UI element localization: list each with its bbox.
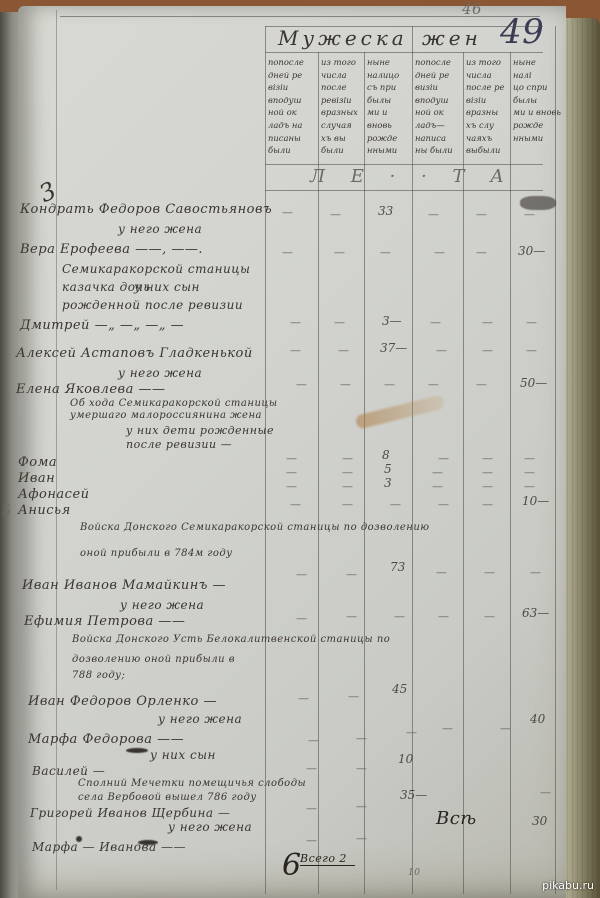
cell-value: — (356, 762, 366, 775)
cell-value: — (436, 566, 446, 579)
entry-note: у него жена (168, 820, 252, 834)
entry-note: Войска Донского Усть Белокалитвенской ст… (72, 634, 390, 645)
cell-value: 50— (520, 376, 547, 390)
entry-name: Марфа — Иванова —— (32, 840, 186, 854)
cell-value: — (394, 610, 404, 623)
cell-value: — (290, 316, 300, 329)
column-header-male-previous: попосле дней ре візіи вподуш ной ок ладъ… (268, 56, 316, 164)
cell-value: — (330, 208, 340, 221)
cell-value: — (430, 316, 440, 329)
ink-blot (138, 840, 158, 845)
cell-value: 3 (384, 476, 392, 490)
section-header-male: Мужеска (278, 26, 408, 50)
entry-note: рожденной после ревизии (62, 298, 243, 312)
entry-note: у них дети рожденные (126, 424, 274, 437)
ink-blot (76, 836, 82, 842)
small-number: 10 (408, 868, 420, 878)
cell-value: — (482, 480, 492, 493)
cell-value: 45 (392, 682, 407, 696)
cell-value: — (438, 452, 448, 465)
entry-name: Иван Иванов Мамайкинъ — (22, 578, 226, 593)
cell-value: — (348, 690, 358, 703)
entry-name: Анисья (18, 503, 71, 518)
cell-value: — (384, 378, 394, 391)
ink-blot (126, 748, 148, 753)
column-header-female-present: ныне налі цо спри былы ми и вновь рожде … (513, 56, 561, 164)
cell-value: — (282, 206, 292, 219)
column-header-male-present: ныне налицо съ при былы ми и вновь рожде… (367, 56, 415, 164)
entry-name: Иван (18, 471, 55, 486)
watermark: pikabu.ru (542, 879, 594, 892)
cell-value: — (436, 344, 446, 357)
cell-value: — (530, 566, 540, 579)
entry-note: села Вербовой вышел 786 году (78, 792, 257, 803)
entry-name: Дмитрей —„ —„ —„ — (20, 318, 184, 333)
entry-note: Сполний Мечетки помещичья слободы (78, 778, 306, 789)
entry-note: оной прибыли в 784м году (80, 548, 233, 559)
cell-value: 33 (378, 204, 393, 218)
cell-value: — (290, 344, 300, 357)
margin-number: 5 (2, 503, 11, 519)
entry-name: Кондрать Федоров Савостьяновъ (20, 202, 272, 217)
cell-value: — (334, 316, 344, 329)
cell-value: — (482, 466, 492, 479)
cell-value: — (296, 568, 306, 581)
cell-value: — (290, 498, 300, 511)
cell-value: — (342, 466, 352, 479)
cell-value: — (356, 732, 366, 745)
cell-value: — (524, 480, 534, 493)
cell-value: — (390, 498, 400, 511)
cell-value: — (526, 316, 536, 329)
entry-note: 788 году; (72, 670, 125, 681)
cell-value: — (356, 800, 366, 813)
cell-value: 10 (398, 752, 413, 766)
cell-value: — (342, 480, 352, 493)
entry-note: у него жена (118, 222, 202, 236)
cell-value: — (306, 762, 316, 775)
cell-value: — (334, 246, 344, 259)
entry-name: Фома (18, 455, 57, 470)
cell-value: 30— (518, 244, 545, 258)
cell-value: — (428, 378, 438, 391)
cell-value: — (442, 722, 452, 735)
cell-value: — (482, 316, 492, 329)
entry-name: Алексей Астаповъ Гладкенькой (16, 346, 253, 361)
entry-note: после ревизии — (126, 438, 232, 451)
cell-value: 3— (382, 314, 402, 328)
entry-name: Иван Федоров Орленко — (28, 694, 217, 709)
cell-value: — (356, 832, 366, 845)
folio-number-top: 46 (462, 0, 482, 18)
cell-value: — (380, 246, 390, 259)
cell-value: — (282, 246, 292, 259)
total-label: Всего 2 (300, 852, 355, 866)
folio-number-large: 49 (500, 12, 544, 52)
cell-value: — (482, 344, 492, 357)
cell-value: 10— (522, 494, 549, 508)
entry-name: Елена Яковлева —— (16, 382, 165, 397)
cell-value: 35— (400, 788, 427, 802)
cell-value: — (476, 378, 486, 391)
column-header-female-previous: попосле дней ре визіи вподуш ной ок ладъ… (415, 56, 463, 164)
entry-note: дозволению оной прибыли в (72, 654, 235, 665)
cell-value: — (484, 610, 494, 623)
cell-value: — (438, 498, 448, 511)
page-total-mark: 6 (282, 848, 302, 883)
cell-value: — (342, 452, 352, 465)
cell-value: — (524, 466, 534, 479)
cell-value: — (428, 208, 438, 221)
cell-value: — (296, 612, 306, 625)
cell-value: — (286, 466, 296, 479)
cell-value: — (526, 344, 536, 357)
cell-value: — (540, 786, 550, 799)
entry-name: Афонасей (18, 487, 90, 502)
entry-note: у него жена (158, 712, 242, 726)
column-header-male-departed: из того числа после ревізіи вразных случ… (321, 56, 369, 164)
entry-name: Вера Ерофеева ——, ——. (20, 242, 203, 257)
cell-value: — (434, 246, 444, 259)
ink-smudge (520, 196, 556, 210)
cell-value: — (296, 378, 306, 391)
cell-value: 5 (384, 462, 392, 476)
cell-value: — (306, 834, 316, 847)
cell-value: — (340, 378, 350, 391)
section-header-female: жен (422, 26, 482, 50)
cell-value: 30 (532, 814, 547, 828)
cell-value: 37— (380, 341, 407, 355)
cell-value: 73 (390, 560, 405, 574)
cell-value: — (476, 208, 486, 221)
cell-value: — (438, 610, 448, 623)
cell-value: — (342, 498, 352, 511)
cell-value: — (286, 452, 296, 465)
column-header-female-departed: из того числа после ре візіи вразны хъ с… (466, 56, 514, 164)
cell-value: 8 (382, 448, 390, 462)
entry-name: Григорей Иванов Щербина — (30, 806, 230, 820)
cell-value: — (306, 802, 316, 815)
cell-value: — (432, 480, 442, 493)
entry-note: у него жена (120, 598, 204, 612)
entry-note: Об хода Семикаракорской станицы (70, 398, 278, 409)
entry-note: умершаго малороссиянина жена (70, 410, 262, 421)
entry-note: у них сын (134, 280, 200, 294)
age-label-row: Л Е · · Т А (310, 166, 514, 187)
cell-value: — (338, 344, 348, 357)
cell-value: 63— (522, 606, 549, 620)
cell-value: — (298, 692, 308, 705)
cell-value: — (308, 734, 318, 747)
cell-value: — (524, 452, 534, 465)
entry-note: Семикаракорской станицы (62, 262, 250, 276)
entry-note: Войска Донского Семикаракорской станицы … (80, 522, 430, 533)
cell-value: — (482, 452, 492, 465)
cell-value: — (432, 466, 442, 479)
page-margin-line (56, 10, 57, 890)
cell-value: — (346, 610, 356, 623)
cell-value: — (482, 498, 492, 511)
cell-value: — (286, 480, 296, 493)
signature-mark: Всѣ (436, 808, 477, 829)
entry-note: у него жена (118, 366, 202, 380)
cell-value: — (484, 566, 494, 579)
entry-name: Марфа Федорова —— (28, 732, 184, 747)
cell-value: — (406, 726, 416, 739)
cell-value: — (500, 722, 510, 735)
cell-value: — (346, 568, 356, 581)
cell-value: 40 (530, 712, 545, 726)
entry-note: у них сын (150, 748, 216, 762)
entry-name: Василей — (32, 764, 105, 778)
cell-value: — (476, 246, 486, 259)
entry-name: Ефимия Петрова —— (24, 614, 185, 629)
